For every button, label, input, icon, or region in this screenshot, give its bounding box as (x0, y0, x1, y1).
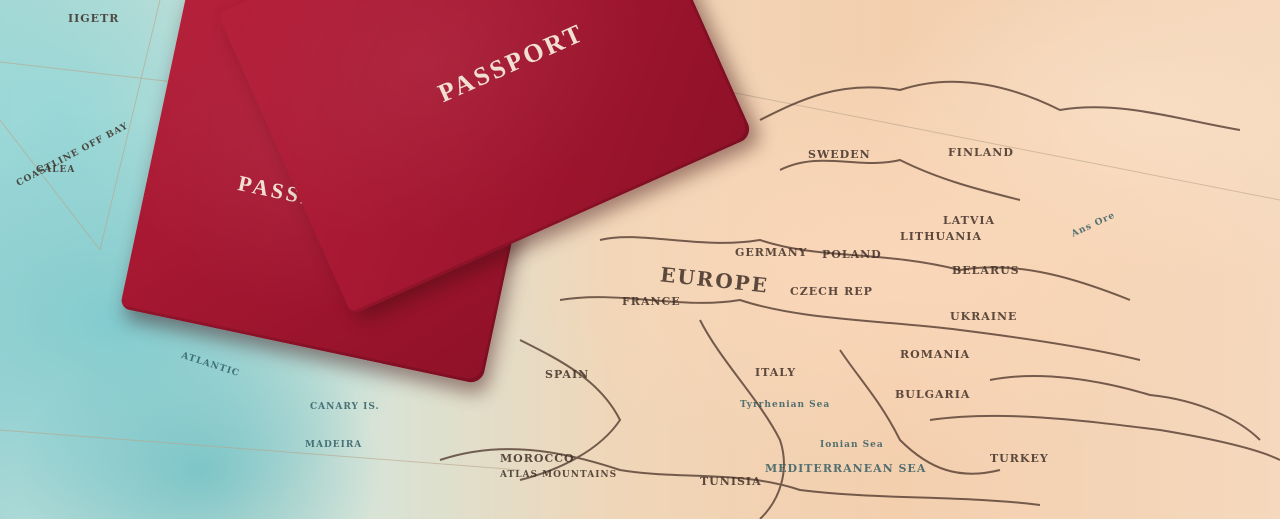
country-label: SWEDEN (808, 148, 871, 161)
map-label: MADEIRA (305, 440, 362, 450)
country-label: GERMANY (735, 246, 808, 259)
country-label: CZECH REP (790, 285, 873, 298)
country-label: MOROCCO (500, 452, 575, 465)
country-label: ROMANIA (900, 348, 970, 361)
country-label: TURKEY (990, 452, 1049, 465)
passport-cover-text: PASSPORT (434, 18, 590, 109)
country-label: BELARUS (952, 264, 1020, 277)
country-label: SPAIN (545, 368, 589, 381)
map-label: CALEA (36, 165, 75, 175)
country-label: LATVIA (943, 214, 995, 227)
country-label: POLAND (822, 248, 882, 261)
country-label: UKRAINE (950, 310, 1017, 323)
photo-scene: IIGETR COASTLINE OFF BAY CALEA CANARY IS… (0, 0, 1280, 519)
country-label: TUNISIA (700, 475, 762, 488)
country-label: BULGARIA (895, 388, 970, 401)
country-label: FRANCE (622, 295, 681, 308)
country-label: LITHUANIA (900, 230, 982, 243)
map-label: IIGETR (68, 12, 119, 25)
map-label: CANARY IS. (310, 402, 380, 412)
sea-label: MEDITERRANEAN SEA (765, 462, 926, 475)
map-label: ATLAS MOUNTAINS (500, 470, 617, 480)
country-label: ITALY (755, 366, 796, 379)
sea-label: Ionian Sea (820, 440, 884, 450)
country-label: FINLAND (948, 146, 1014, 159)
sea-label: Tyrrhenian Sea (740, 400, 830, 410)
